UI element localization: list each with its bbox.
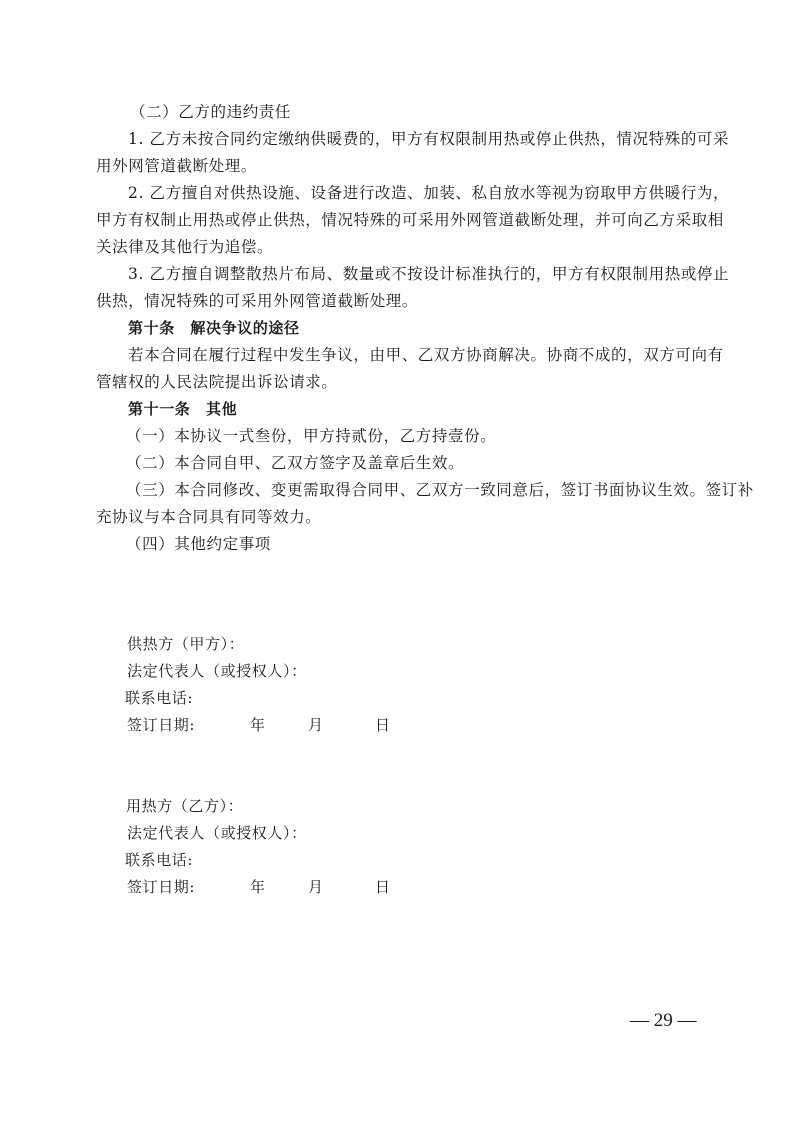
breach-item-2-line-2: 甲方有权制止用热或停止供热，情况特殊的可采用外网管道截断处理，并可向乙方采取相 <box>96 210 724 230</box>
article-11-clause-2: （二）本合同自甲、乙双方签字及盖章后生效。 <box>126 453 464 473</box>
article-11-clause-1: （一）本协议一式叁份，甲方持贰份，乙方持壹份。 <box>126 426 496 446</box>
breach-item-3-line-2: 供热，情况特殊的可采用外网管道截断处理。 <box>96 291 418 311</box>
breach-item-2-line-1: 2. 乙方擅自对供热设施、设备进行改造、加装、私自放水等视为窃取甲方供暖行为， <box>128 183 729 203</box>
party-a-date-label: 签订日期: <box>127 715 195 735</box>
article-11-clause-3-line-2: 充协议与本合同具有同等效力。 <box>96 507 321 527</box>
party-b-phone: 联系电话: <box>125 850 193 870</box>
party-b-day: 日 <box>375 877 391 897</box>
party-b-month: 月 <box>308 877 324 897</box>
party-b-label: 用热方（乙方）： <box>126 796 243 816</box>
breach-item-2-line-3: 关法律及其他行为追偿。 <box>96 237 273 257</box>
party-a-representative: 法定代表人（或授权人）： <box>127 661 307 681</box>
article-10-title: 第十条 解决争议的途径 <box>128 318 300 338</box>
breach-item-1-line-1: 1. 乙方未按合同约定缴纳供暖费的，甲方有权限制用热或停止供热，情况特殊的可采 <box>128 129 729 149</box>
party-b-representative: 法定代表人（或授权人）： <box>127 823 307 843</box>
page-number: — 29 — <box>630 1010 697 1032</box>
article-10-body-line-1: 若本合同在履行过程中发生争议，由甲、乙双方协商解决。协商不成的，双方可向有 <box>128 345 724 365</box>
article-10-body-line-2: 管辖权的人民法院提出诉讼请求。 <box>96 372 338 392</box>
party-a-year: 年 <box>250 715 266 735</box>
party-b-year: 年 <box>250 877 266 897</box>
breach-item-1-line-2: 用外网管道截断处理。 <box>96 156 257 176</box>
breach-item-3-line-1: 3. 乙方擅自调整散热片布局、数量或不按设计标准执行的，甲方有权限制用热或停止 <box>128 264 729 284</box>
breach-heading: （二）乙方的违约责任 <box>130 102 291 122</box>
party-b-date-label: 签订日期: <box>127 877 195 897</box>
party-a-day: 日 <box>375 715 391 735</box>
party-a-month: 月 <box>308 715 324 735</box>
article-11-clause-4: （四）其他约定事项 <box>126 534 271 554</box>
party-a-label: 供热方（甲方）： <box>127 634 244 654</box>
article-11-title: 第十一条 其他 <box>128 399 237 419</box>
party-a-phone: 联系电话: <box>125 688 193 708</box>
article-11-clause-3-line-1: （三）本合同修改、变更需取得合同甲、乙双方一致同意后，签订书面协议生效。签订补 <box>126 480 754 500</box>
